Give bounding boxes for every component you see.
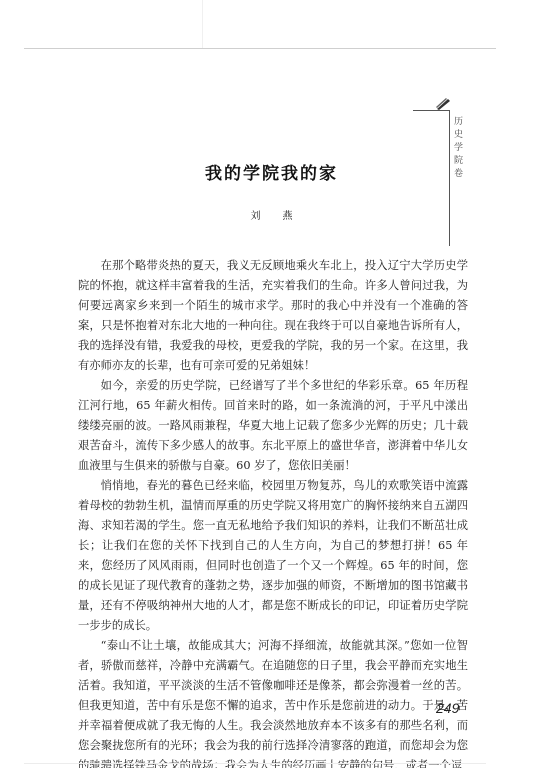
article-body: 在那个略带炎热的夏天，我义无反顾地乘火车北上，投入辽宁大学历史学院的怀抱，就这样… [78,256,468,768]
article-author: 刘燕 [0,207,543,222]
side-tab-horizontal-line [413,110,449,111]
header-rule [24,48,496,49]
footer-rule [24,763,486,764]
paragraph: 如今，亲爱的历史学院，已经谱写了半个多世纪的华彩乐章。65 年历程江河行地，65… [78,376,468,476]
article-title: 我的学院我的家 [0,159,543,184]
page-number: 249 [436,700,459,716]
pen-icon [435,96,451,110]
paragraph: “泰山不让土壤，故能成其大；河海不择细流，故能就其深。”您如一位智者，骄傲而慈祥… [78,636,468,768]
paragraph: 在那个略带炎热的夏天，我义无反顾地乘火车北上，投入辽宁大学历史学院的怀抱，就这样… [78,256,468,376]
paragraph: 悄悄地，春光的暮色已经来临，校园里万物复苏，鸟儿的欢歌笑语中流露着母校的勃勃生机… [78,476,468,636]
top-divider-vertical [202,0,203,48]
